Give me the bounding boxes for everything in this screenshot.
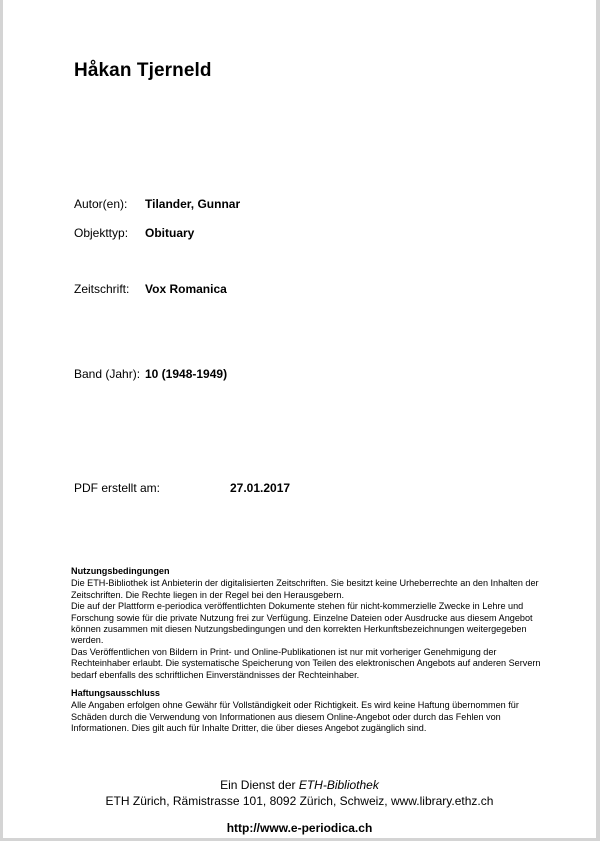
footer-address: ETH Zürich, Rämistrasse 101, 8092 Zürich… [3,794,596,808]
field-label: Objekttyp: [74,226,128,240]
disclaimer-paragraph: Alle Angaben erfolgen ohne Gewähr für Vo… [71,700,541,734]
footer-service-prefix: Ein Dienst der [220,778,299,792]
field-value: 10 (1948-1949) [145,367,227,381]
field-value: Obituary [145,226,194,240]
terms-section: Nutzungsbedingungen Die ETH-Bibliothek i… [71,566,541,735]
terms-paragraph: Die auf der Plattform e-periodica veröff… [71,601,541,647]
haftungsausschluss-heading: Haftungsausschluss [71,688,541,699]
terms-paragraph: Die ETH-Bibliothek ist Anbieterin der di… [71,578,541,601]
field-label: Autor(en): [74,197,127,211]
footer-service: Ein Dienst der ETH-Bibliothek [3,778,596,792]
field-zeitschrift: Zeitschrift: Vox Romanica [74,282,129,296]
pdf-cover-page: Håkan Tjerneld Autor(en): Tilander, Gunn… [3,0,596,838]
footer-url-link[interactable]: http://www.e-periodica.ch [3,821,596,835]
terms-paragraph: Das Veröffentlichen von Bildern in Print… [71,647,541,681]
field-label: Zeitschrift: [74,282,129,296]
field-pdf-erstellt: PDF erstellt am: 27.01.2017 [74,481,160,495]
field-value: Vox Romanica [145,282,227,296]
field-autor: Autor(en): Tilander, Gunnar [74,197,127,211]
field-objekttyp: Objekttyp: Obituary [74,226,128,240]
nutzungsbedingungen-heading: Nutzungsbedingungen [71,566,541,577]
field-band: Band (Jahr): 10 (1948-1949) [74,367,140,381]
document-title: Håkan Tjerneld [74,60,212,82]
field-label: PDF erstellt am: [74,481,160,495]
footer-service-name: ETH-Bibliothek [299,778,379,792]
field-label: Band (Jahr): [74,367,140,381]
field-value: 27.01.2017 [230,481,290,495]
field-value: Tilander, Gunnar [145,197,240,211]
